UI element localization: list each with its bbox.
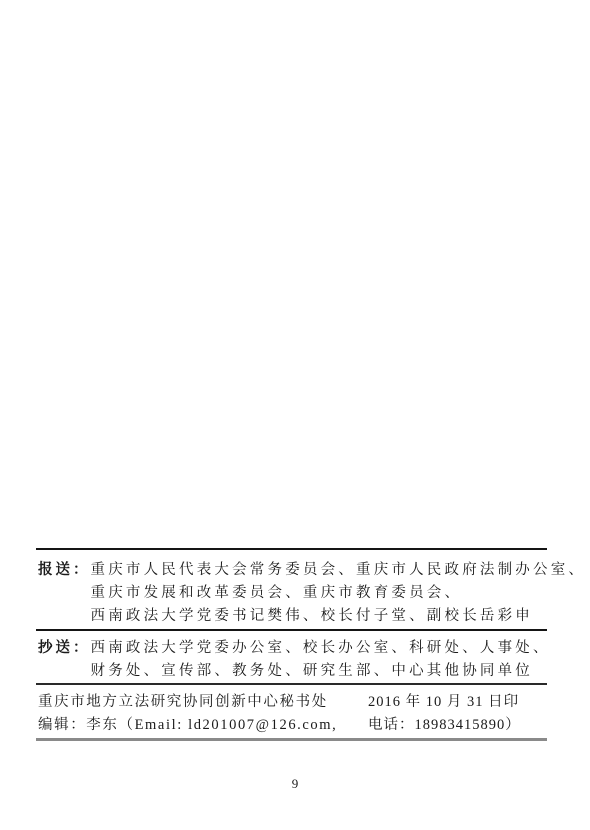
submitted-to-block: 报送： 重庆市人民代表大会常务委员会、重庆市人民政府法制办公室、 重庆市发展和改… <box>38 559 552 628</box>
issuing-office: 重庆市地方立法研究协同创新中心秘书处 <box>38 691 337 714</box>
separator-rule-middle-2 <box>36 683 547 685</box>
copied-to-block: 抄送： 西南政法大学党委办公室、校长办公室、科研处、人事处、 财务处、宣传部、教… <box>38 637 552 683</box>
submitted-to-line-2: 重庆市发展和改革委员会、重庆市教育委员会、 <box>91 582 587 605</box>
copied-to-label: 抄送： <box>38 637 91 660</box>
submitted-to-label: 报送： <box>38 559 91 582</box>
submitted-to-content: 重庆市人民代表大会常务委员会、重庆市人民政府法制办公室、 重庆市发展和改革委员会… <box>91 559 587 628</box>
print-date: 2016 年 10 月 31 日印 <box>368 691 521 714</box>
submitted-to-line-1: 重庆市人民代表大会常务委员会、重庆市人民政府法制办公室、 <box>91 559 587 582</box>
document-page: 报送： 重庆市人民代表大会常务委员会、重庆市人民政府法制办公室、 重庆市发展和改… <box>0 0 590 830</box>
editor-info: 编辑：李东（Email: ld201007@126.com, <box>38 714 337 737</box>
colophon-right-column: 2016 年 10 月 31 日印 电话：18983415890） <box>368 691 521 737</box>
separator-rule-bottom <box>36 738 547 741</box>
copied-to-content: 西南政法大学党委办公室、校长办公室、科研处、人事处、 财务处、宣传部、教务处、研… <box>91 637 551 683</box>
copied-to-line-2: 财务处、宣传部、教务处、研究生部、中心其他协同单位 <box>91 660 551 683</box>
colophon-left-column: 重庆市地方立法研究协同创新中心秘书处 编辑：李东（Email: ld201007… <box>38 691 337 737</box>
separator-rule-top <box>36 548 547 550</box>
phone-number: 电话：18983415890） <box>368 714 521 737</box>
separator-rule-middle-1 <box>36 629 547 631</box>
copied-to-line-1: 西南政法大学党委办公室、校长办公室、科研处、人事处、 <box>91 637 551 660</box>
submitted-to-line-3: 西南政法大学党委书记樊伟、校长付子堂、副校长岳彩申 <box>91 605 587 628</box>
page-number: 9 <box>0 776 590 792</box>
